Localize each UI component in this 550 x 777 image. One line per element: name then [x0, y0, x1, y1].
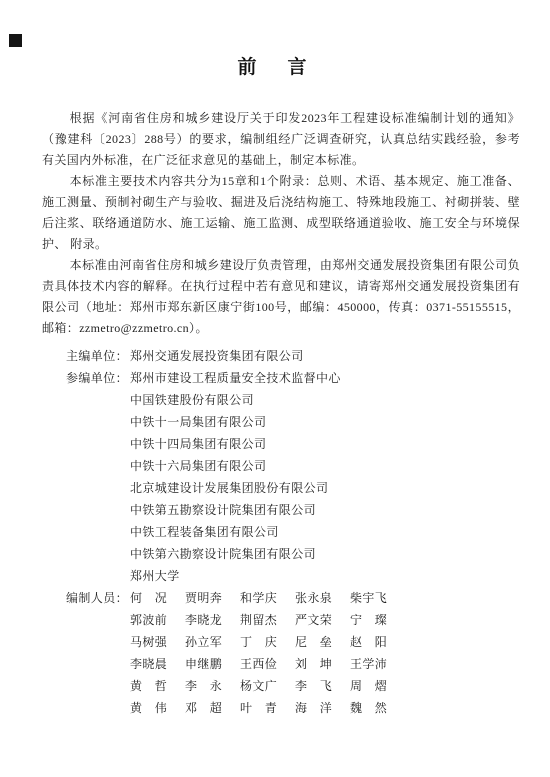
drafters-name-grid: 何 况 贾明奔 和学庆 张永泉 柴宇飞 郭波前 李晓龙 荆留杰 严文荣 — [130, 587, 520, 719]
participating-org: 中铁工程装备集团有限公司 — [130, 521, 520, 543]
drafter-name: 柴宇飞 — [350, 587, 405, 609]
drafter-name: 张永泉 — [295, 587, 350, 609]
paragraph-management: 本标准由河南省住房和城乡建设厅负责管理，由郑州交通发展投资集团有限公司负责具体技… — [42, 255, 520, 339]
participating-org: 中铁第六勘察设计院集团有限公司 — [130, 543, 520, 565]
drafter-name: 海 洋 — [295, 697, 350, 719]
scan-artifact-square — [9, 34, 22, 47]
drafter-name: 李 飞 — [295, 675, 350, 697]
drafter-name: 尼 垒 — [295, 631, 350, 653]
participating-org: 中铁十六局集团有限公司 — [130, 455, 520, 477]
paragraph-contents: 本标准主要技术内容共分为15章和1个附录：总则、术语、基本规定、施工准备、施工测… — [42, 171, 520, 255]
drafters-label: 编制人员： — [66, 587, 130, 609]
drafter-name: 李 永 — [185, 675, 240, 697]
drafter-name: 严文荣 — [295, 609, 350, 631]
drafter-name: 丁 庆 — [240, 631, 295, 653]
document-page: 前 言 根据《河南省住房和城乡建设厅关于印发2023年工程建设标准编制计划的通知… — [0, 0, 550, 777]
credits-section: 主编单位： 郑州交通发展投资集团有限公司 参编单位： 郑州市建设工程质量安全技术… — [66, 345, 520, 719]
drafter-name: 黄 伟 — [130, 697, 185, 719]
participating-units-row: 参编单位： 郑州市建设工程质量安全技术监督中心 中国铁建股份有限公司 中铁十一局… — [66, 367, 520, 587]
participating-org: 中铁第五勘察设计院集团有限公司 — [130, 499, 520, 521]
drafter-name: 叶 青 — [240, 697, 295, 719]
drafter-name: 刘 坤 — [295, 653, 350, 675]
participating-org: 郑州市建设工程质量安全技术监督中心 — [130, 367, 520, 389]
chief-unit-row: 主编单位： 郑州交通发展投资集团有限公司 — [66, 345, 520, 367]
participating-org: 郑州大学 — [130, 565, 520, 587]
participating-units-list: 郑州市建设工程质量安全技术监督中心 中国铁建股份有限公司 中铁十一局集团有限公司… — [130, 367, 520, 587]
chief-unit-label: 主编单位： — [66, 345, 130, 367]
paragraph-basis: 根据《河南省住房和城乡建设厅关于印发2023年工程建设标准编制计划的通知》（豫建… — [42, 108, 520, 171]
drafter-name: 邓 超 — [185, 697, 240, 719]
drafter-name: 申继鹏 — [185, 653, 240, 675]
drafter-name: 杨文广 — [240, 675, 295, 697]
drafter-name: 贾明奔 — [185, 587, 240, 609]
participating-org: 中铁十四局集团有限公司 — [130, 433, 520, 455]
drafter-name: 王西俭 — [240, 653, 295, 675]
drafter-name: 魏 然 — [350, 697, 405, 719]
drafters-row: 编制人员： 何 况 贾明奔 和学庆 张永泉 柴宇飞 郭波前 李晓龙 — [66, 587, 520, 719]
drafter-name: 郭波前 — [130, 609, 185, 631]
drafter-name: 和学庆 — [240, 587, 295, 609]
drafter-name: 周 熠 — [350, 675, 405, 697]
drafter-name: 赵 阳 — [350, 631, 405, 653]
page-title: 前 言 — [0, 56, 550, 80]
preface-body: 根据《河南省住房和城乡建设厅关于印发2023年工程建设标准编制计划的通知》（豫建… — [42, 108, 520, 339]
drafter-name: 王学沛 — [350, 653, 405, 675]
drafter-name: 宁 璨 — [350, 609, 405, 631]
participating-org: 中铁十一局集团有限公司 — [130, 411, 520, 433]
drafter-name: 孙立军 — [185, 631, 240, 653]
participating-units-label: 参编单位： — [66, 367, 130, 389]
participating-org: 北京城建设计发展集团股份有限公司 — [130, 477, 520, 499]
chief-unit-value: 郑州交通发展投资集团有限公司 — [130, 345, 520, 367]
drafter-name: 何 况 — [130, 587, 185, 609]
drafter-name: 荆留杰 — [240, 609, 295, 631]
drafter-name: 李晓晨 — [130, 653, 185, 675]
drafter-name: 马树强 — [130, 631, 185, 653]
participating-org: 中国铁建股份有限公司 — [130, 389, 520, 411]
drafter-name: 黄 哲 — [130, 675, 185, 697]
drafter-name: 李晓龙 — [185, 609, 240, 631]
